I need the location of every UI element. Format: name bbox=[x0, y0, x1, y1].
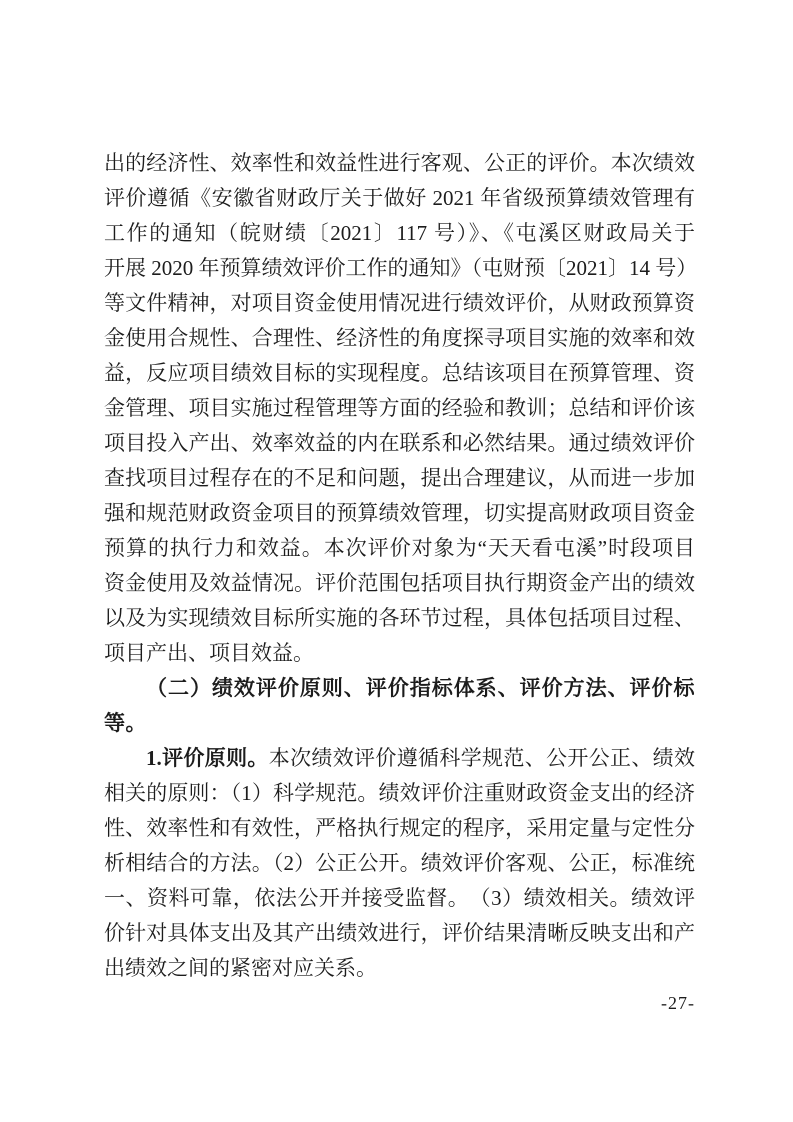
text-segment: 一、资料可靠，依法公开并接受监督。 （3）绩效相关。绩效评 bbox=[104, 886, 695, 910]
body-text-line: 一、资料可靠，依法公开并接受监督。 （3）绩效相关。绩效评 bbox=[104, 881, 695, 916]
section-heading-line: （二）绩效评价原则、评价指标体系、评价方法、评价标准 bbox=[104, 671, 695, 706]
bold-text-segment: 等。 bbox=[104, 712, 147, 735]
text-segment: 以及为实现绩效目标所实施的各环节过程，具体包括项目过程、 bbox=[104, 606, 695, 630]
body-text-line: 出绩效之间的紧密对应关系。 bbox=[104, 951, 695, 986]
text-segment: 查找项目过程存在的不足和问题，提出合理建议，从而进一步加 bbox=[104, 466, 695, 490]
body-text-line: 开展 2020 年预算绩效评价工作的通知》（屯财预〔2021〕14 号） bbox=[104, 251, 695, 286]
text-segment: 资金使用及效益情况。评价范围包括项目执行期资金产出的绩效 bbox=[104, 571, 695, 595]
body-text-line: 1.评价原则。本次绩效评价遵循科学规范、公开公正、绩效 bbox=[104, 741, 695, 776]
text-segment: 析相结合的方法。（2）公正公开。绩效评价客观、公正，标准统 bbox=[104, 851, 695, 875]
bold-text-segment: 1.评价原则。 bbox=[146, 746, 269, 770]
text-segment: 强和规范财政资金项目的预算绩效管理，切实提高财政项目资金 bbox=[104, 501, 695, 525]
body-text-line: 项目产出、项目效益。 bbox=[104, 636, 695, 671]
text-segment: 相关的原则：（1）科学规范。绩效评价注重财政资金支出的经济 bbox=[104, 781, 695, 805]
text-segment: 金使用合规性、合理性、经济性的角度探寻项目实施的效率和效 bbox=[104, 326, 695, 350]
text-segment: 本次绩效评价遵循科学规范、公开公正、绩效 bbox=[269, 746, 695, 770]
text-segment: 评价遵循《安徽省财政厅关于做好 2021 年省级预算绩效管理有关 bbox=[104, 186, 695, 216]
body-text-line: 相关的原则：（1）科学规范。绩效评价注重财政资金支出的经济 bbox=[104, 776, 695, 811]
body-text-line: 析相结合的方法。（2）公正公开。绩效评价客观、公正，标准统 bbox=[104, 846, 695, 881]
document-page: 出的经济性、效率性和效益性进行客观、公正的评价。本次绩效评价遵循《安徽省财政厅关… bbox=[0, 0, 793, 1122]
document-body: 出的经济性、效率性和效益性进行客观、公正的评价。本次绩效评价遵循《安徽省财政厅关… bbox=[104, 146, 695, 986]
body-text-line: 查找项目过程存在的不足和问题，提出合理建议，从而进一步加 bbox=[104, 461, 695, 496]
body-text-line: 资金使用及效益情况。评价范围包括项目执行期资金产出的绩效 bbox=[104, 566, 695, 601]
page-number: -27- bbox=[104, 991, 695, 1015]
section-heading-line: 等。 bbox=[104, 706, 695, 741]
text-segment: 出的经济性、效率性和效益性进行客观、公正的评价。本次绩效 bbox=[104, 151, 695, 175]
body-text-line: 项目投入产出、效率效益的内在联系和必然结果。通过绩效评价 bbox=[104, 426, 695, 461]
text-segment: 性、效率性和有效性，严格执行规定的程序，采用定量与定性分 bbox=[104, 816, 695, 840]
text-segment: 价针对具体支出及其产出绩效进行，评价结果清晰反映支出和产 bbox=[104, 921, 695, 945]
body-text-line: 以及为实现绩效目标所实施的各环节过程，具体包括项目过程、 bbox=[104, 601, 695, 636]
body-text-line: 评价遵循《安徽省财政厅关于做好 2021 年省级预算绩效管理有关 bbox=[104, 181, 695, 216]
body-text-line: 金使用合规性、合理性、经济性的角度探寻项目实施的效率和效 bbox=[104, 321, 695, 356]
bold-text-segment: （二）绩效评价原则、评价指标体系、评价方法、评价标准 bbox=[104, 677, 695, 706]
text-segment: 预算的执行力和效益。本次评价对象为“天天看屯溪”时段项目 bbox=[104, 536, 695, 560]
text-segment: 出绩效之间的紧密对应关系。 bbox=[104, 956, 377, 980]
body-text-line: 益，反应项目绩效目标的实现程度。总结该项目在预算管理、资 bbox=[104, 356, 695, 391]
text-segment: 益，反应项目绩效目标的实现程度。总结该项目在预算管理、资 bbox=[104, 361, 695, 385]
text-segment: 开展 2020 年预算绩效评价工作的通知》（屯财预〔2021〕14 号） bbox=[104, 256, 695, 280]
body-text-line: 工作的通知（皖财绩〔2021〕117 号）》、《屯溪区财政局关于 bbox=[104, 216, 695, 251]
text-segment: 工作的通知（皖财绩〔2021〕117 号）》、《屯溪区财政局关于 bbox=[104, 221, 695, 245]
body-text-line: 出的经济性、效率性和效益性进行客观、公正的评价。本次绩效 bbox=[104, 146, 695, 181]
body-text-line: 价针对具体支出及其产出绩效进行，评价结果清晰反映支出和产 bbox=[104, 916, 695, 951]
body-text-line: 预算的执行力和效益。本次评价对象为“天天看屯溪”时段项目 bbox=[104, 531, 695, 566]
text-segment: 项目产出、项目效益。 bbox=[104, 641, 314, 665]
body-text-line: 等文件精神，对项目资金使用情况进行绩效评价，从财政预算资 bbox=[104, 286, 695, 321]
body-text-line: 金管理、项目实施过程管理等方面的经验和教训；总结和评价该 bbox=[104, 391, 695, 426]
text-segment: 金管理、项目实施过程管理等方面的经验和教训；总结和评价该 bbox=[104, 396, 695, 420]
body-text-line: 强和规范财政资金项目的预算绩效管理，切实提高财政项目资金 bbox=[104, 496, 695, 531]
text-segment: 等文件精神，对项目资金使用情况进行绩效评价，从财政预算资 bbox=[104, 291, 695, 315]
body-text-line: 性、效率性和有效性，严格执行规定的程序，采用定量与定性分 bbox=[104, 811, 695, 846]
text-segment: 项目投入产出、效率效益的内在联系和必然结果。通过绩效评价 bbox=[104, 431, 695, 455]
